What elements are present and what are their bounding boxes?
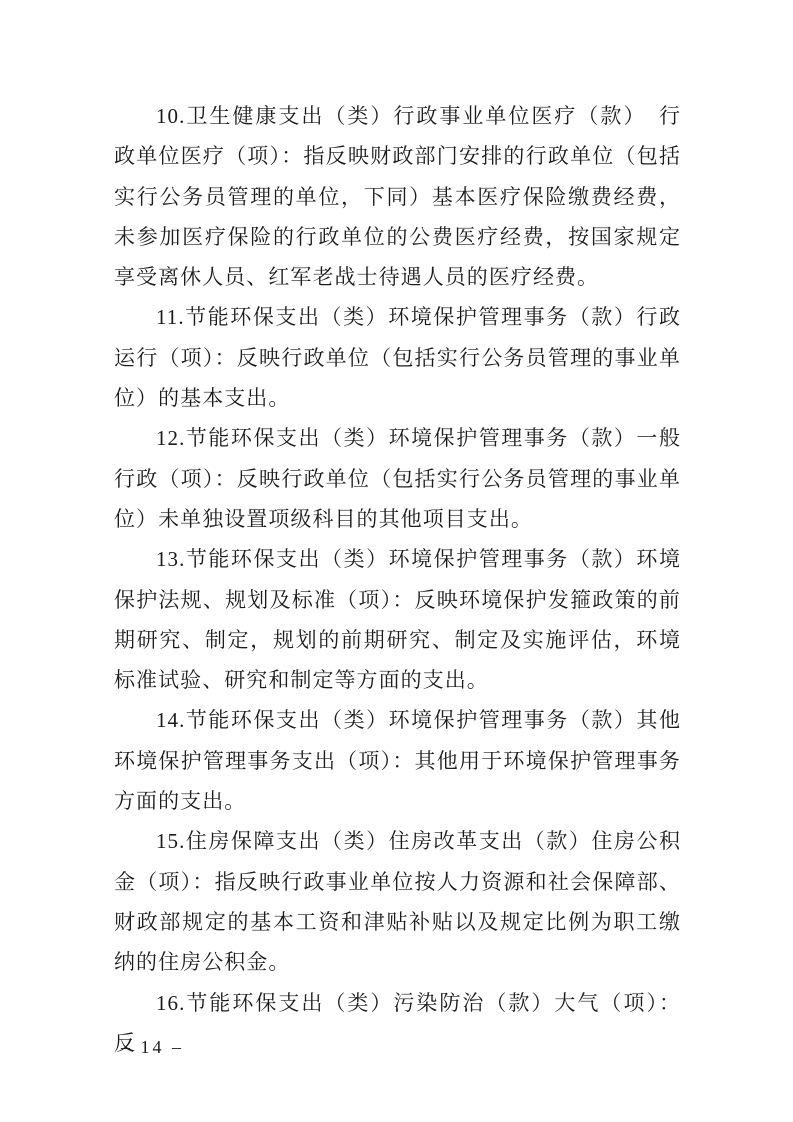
page-number: – 14 –: [121, 1037, 184, 1058]
paragraph-item-11: 11.节能环保支出（类）环境保护管理事务（款）行政运行（项）：反映行政单位（包括…: [114, 297, 681, 418]
document-page: 10.卫生健康支出（类）行政事业单位医疗（款） 行政单位医疗（项）：指反映财政部…: [0, 0, 793, 1122]
paragraph-item-13: 13.节能环保支出（类）环境保护管理事务（款）环境保护法规、规划及标准（项）：反…: [114, 539, 681, 700]
paragraph-item-12: 12.节能环保支出（类）环境保护管理事务（款）一般行政（项）：反映行政单位（包括…: [114, 418, 681, 539]
paragraph-item-15: 15.住房保障支出（类）住房改革支出（款）住房公积金（项）：指反映行政事业单位按…: [114, 821, 681, 982]
paragraph-item-10: 10.卫生健康支出（类）行政事业单位医疗（款） 行政单位医疗（项）：指反映财政部…: [114, 96, 681, 297]
document-body: 10.卫生健康支出（类）行政事业单位医疗（款） 行政单位医疗（项）：指反映财政部…: [114, 96, 681, 1063]
paragraph-item-14: 14.节能环保支出（类）环境保护管理事务（款）其他环境保护管理事务支出（项）：其…: [114, 700, 681, 821]
paragraph-item-16: 16.节能环保支出（类）污染防治（款）大气（项）：反: [114, 983, 681, 1064]
